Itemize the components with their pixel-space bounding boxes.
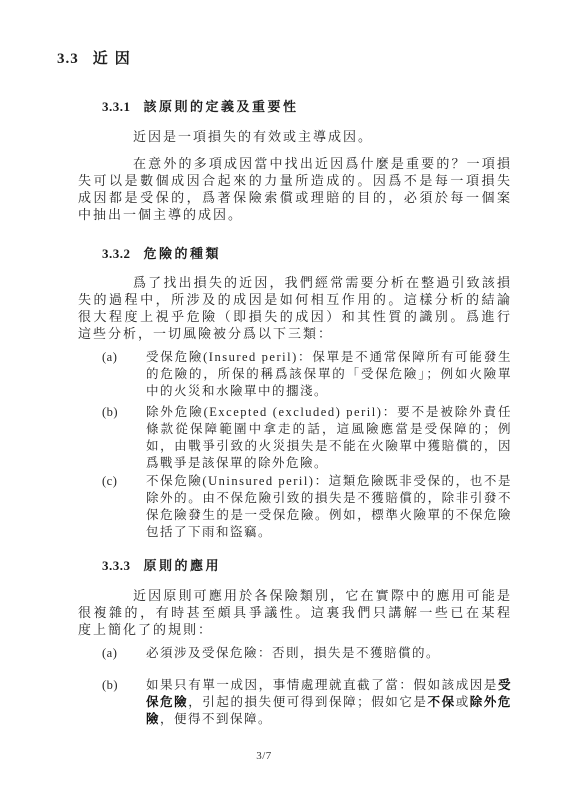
section-heading: 3.3近因 [57,47,137,68]
subsection-heading-333: 3.3.3原則的應用 [102,555,221,574]
subsection-title: 原則的應用 [144,558,222,573]
rule-item-a: (a) 必須涉及受保危險：否則，損失是不獲賠償的。 [102,645,512,662]
list-text: 除外危險(Excepted (excluded) peril)：要不是被除外責任… [146,404,512,472]
paragraph-peril-analysis: 爲了找出損失的近因，我們經常需要分析在整過引致該損失的過程中，所涉及的成因是如何… [78,274,512,342]
list-text: 不保危險(Uninsured peril)：這類危險既非受保的，也不是除外的。由… [146,473,512,541]
peril-item-a: (a) 受保危險(Insured peril)：保單是不通常保障所有可能發生的危… [102,349,512,400]
list-label: (a) [102,645,117,662]
subsection-number: 3.3.3 [102,558,131,573]
rule-item-b: (b) 如果只有單一成因，事情處理就直截了當：假如該成因是受保危險，引起的損失便… [102,677,512,728]
subsection-number: 3.3.1 [102,99,131,114]
list-label: (a) [102,349,117,366]
subsection-number: 3.3.2 [102,246,131,261]
paragraph-application: 近因原則可應用於各保險類別，它在實際中的應用可能是很複雜的，有時甚至頗具爭議性。… [78,587,512,638]
document-page: 3.3近因 3.3.1該原則的定義及重要性 近因是一項損失的有效或主導成因。 在… [0,0,565,800]
list-text: 如果只有單一成因，事情處理就直截了當：假如該成因是受保危險，引起的損失便可得到保… [146,677,512,728]
subsection-title: 危險的種類 [144,246,222,261]
subsection-heading-332: 3.3.2危險的種類 [102,243,221,262]
section-number: 3.3 [57,51,79,67]
list-label: (b) [102,404,118,421]
section-title: 近因 [93,51,137,67]
peril-item-c: (c) 不保危險(Uninsured peril)：這類危險既非受保的，也不是除… [102,473,512,541]
subsection-heading-331: 3.3.1該原則的定義及重要性 [102,96,299,115]
page-number: 3/7 [240,750,288,762]
paragraph-importance: 在意外的多項成因當中找出近因爲什麼是重要的？一項損失可以是數個成因合起來的力量所… [78,155,512,223]
list-text: 必須涉及受保危險：否則，損失是不獲賠償的。 [146,645,512,662]
subsection-title: 該原則的定義及重要性 [144,99,299,114]
list-label: (b) [102,677,118,694]
peril-item-b: (b) 除外危險(Excepted (excluded) peril)：要不是被… [102,404,512,472]
list-text: 受保危險(Insured peril)：保單是不通常保障所有可能發生的危險的，所… [146,349,512,400]
paragraph-definition: 近因是一項損失的有效或主導成因。 [78,128,512,145]
list-label: (c) [102,473,117,490]
